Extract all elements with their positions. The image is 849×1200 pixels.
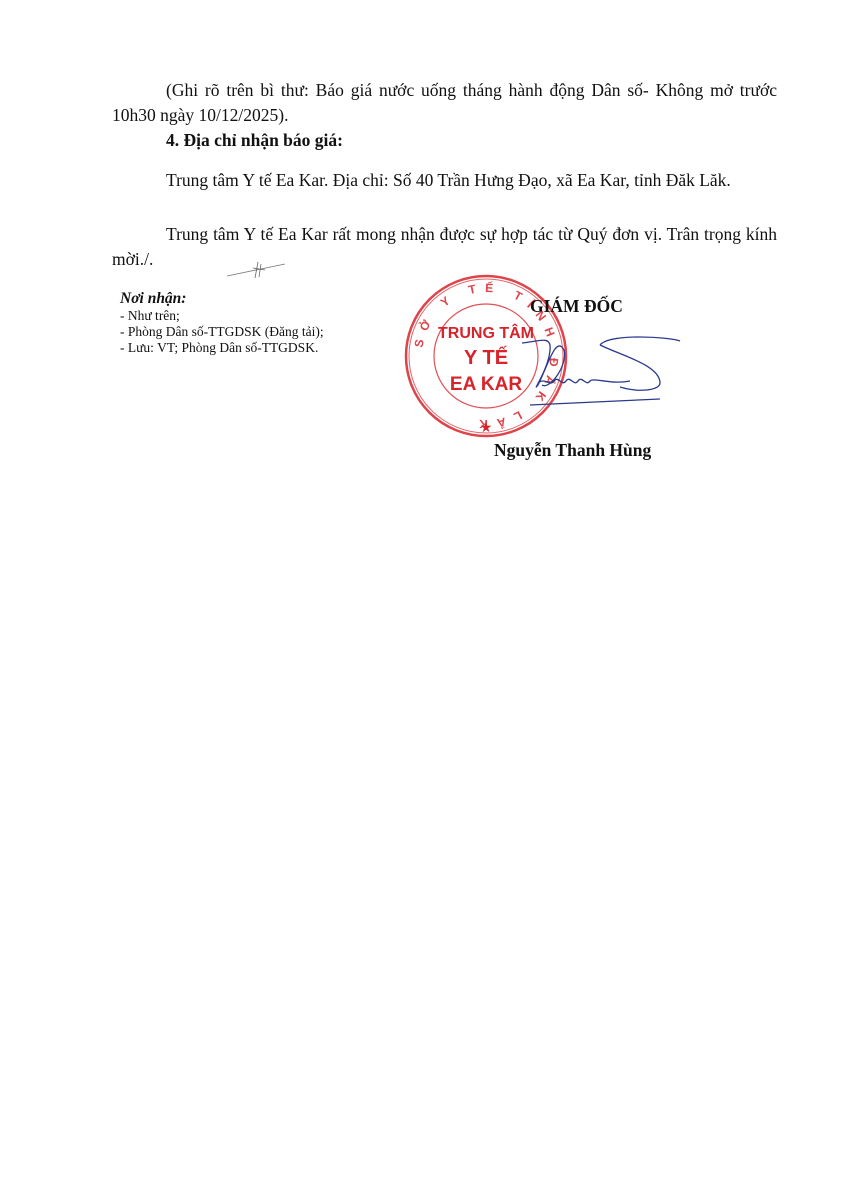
stamp-line-3: EA KAR [450, 374, 522, 395]
recipient-item: - Như trên; [120, 308, 324, 324]
address-paragraph: Trung tâm Y tế Ea Kar. Địa chỉ: Số 40 Tr… [112, 168, 777, 193]
section-heading-address: 4. Địa chỉ nhận báo giá: [166, 130, 343, 151]
stamp-line-2: Y TẾ [464, 346, 508, 369]
envelope-note-paragraph: (Ghi rõ trên bì thư: Báo giá nước uống t… [112, 78, 777, 128]
initial-mark-icon [225, 258, 290, 280]
recipient-item: - Lưu: VT; Phòng Dân số-TTGDSK. [120, 340, 324, 356]
handwritten-signature-icon [520, 335, 690, 425]
recipients-title: Nơi nhận: [120, 290, 324, 308]
signer-position: GIÁM ĐỐC [530, 296, 623, 317]
star-icon: ★ [480, 420, 493, 436]
signer-name: Nguyễn Thanh Hùng [494, 440, 651, 461]
recipient-item: - Phòng Dân số-TTGDSK (Đăng tải); [120, 324, 324, 340]
closing-paragraph: Trung tâm Y tế Ea Kar rất mong nhận được… [112, 222, 777, 272]
recipients-block: Nơi nhận: - Như trên; - Phòng Dân số-TTG… [120, 290, 324, 356]
